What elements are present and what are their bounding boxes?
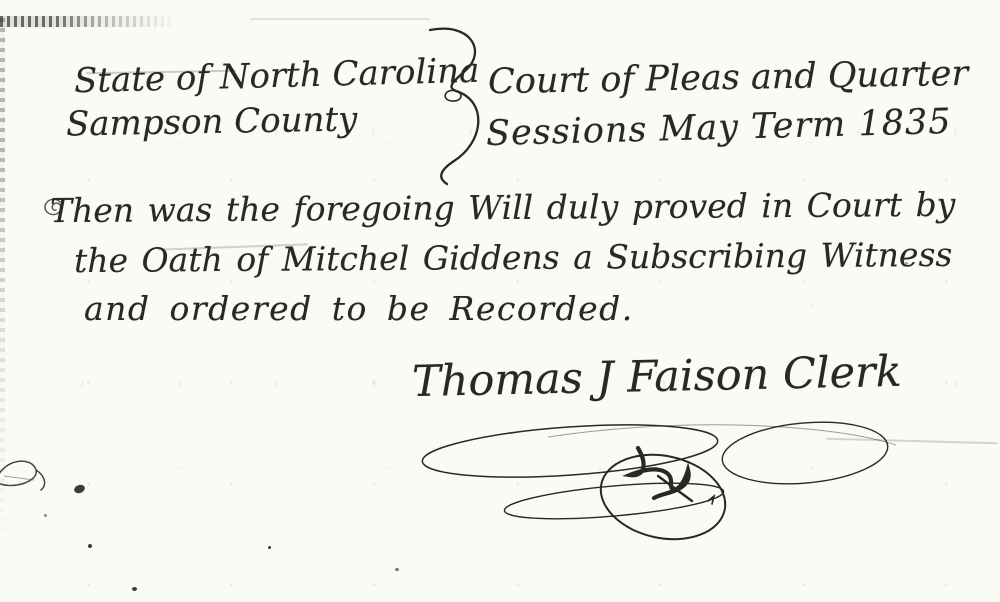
- body-line-1: Then was the foregoing Will duly proved …: [50, 185, 956, 230]
- curly-brace-icon: [406, 22, 498, 188]
- header-county-line: Sampson County: [66, 99, 358, 144]
- ink-speck: [88, 544, 92, 548]
- header-court-line: Court of Pleas and Quarter: [488, 54, 969, 102]
- ink-speck: [395, 568, 399, 571]
- header-term-line: Sessions May Term 1835: [486, 102, 952, 154]
- scan-edge-artifact-top: [0, 16, 178, 27]
- body-line-3: and ordered to be Recorded.: [84, 289, 634, 328]
- clerk-signature: Thomas J Faison Clerk: [412, 347, 903, 407]
- scanned-document-page: State of North Carolina Sampson County C…: [0, 0, 1000, 602]
- margin-scribble-icon: [0, 450, 52, 498]
- body-line-2: the Oath of Mitchel Giddens a Subscribin…: [74, 235, 953, 280]
- smudge-line: [250, 18, 430, 20]
- ink-speck: [44, 514, 47, 517]
- ink-speck: [73, 483, 86, 494]
- signature-flourish-icon: [408, 415, 898, 555]
- ink-speck: [132, 587, 137, 591]
- ink-speck: [268, 546, 271, 549]
- ink-speck: [905, 262, 908, 265]
